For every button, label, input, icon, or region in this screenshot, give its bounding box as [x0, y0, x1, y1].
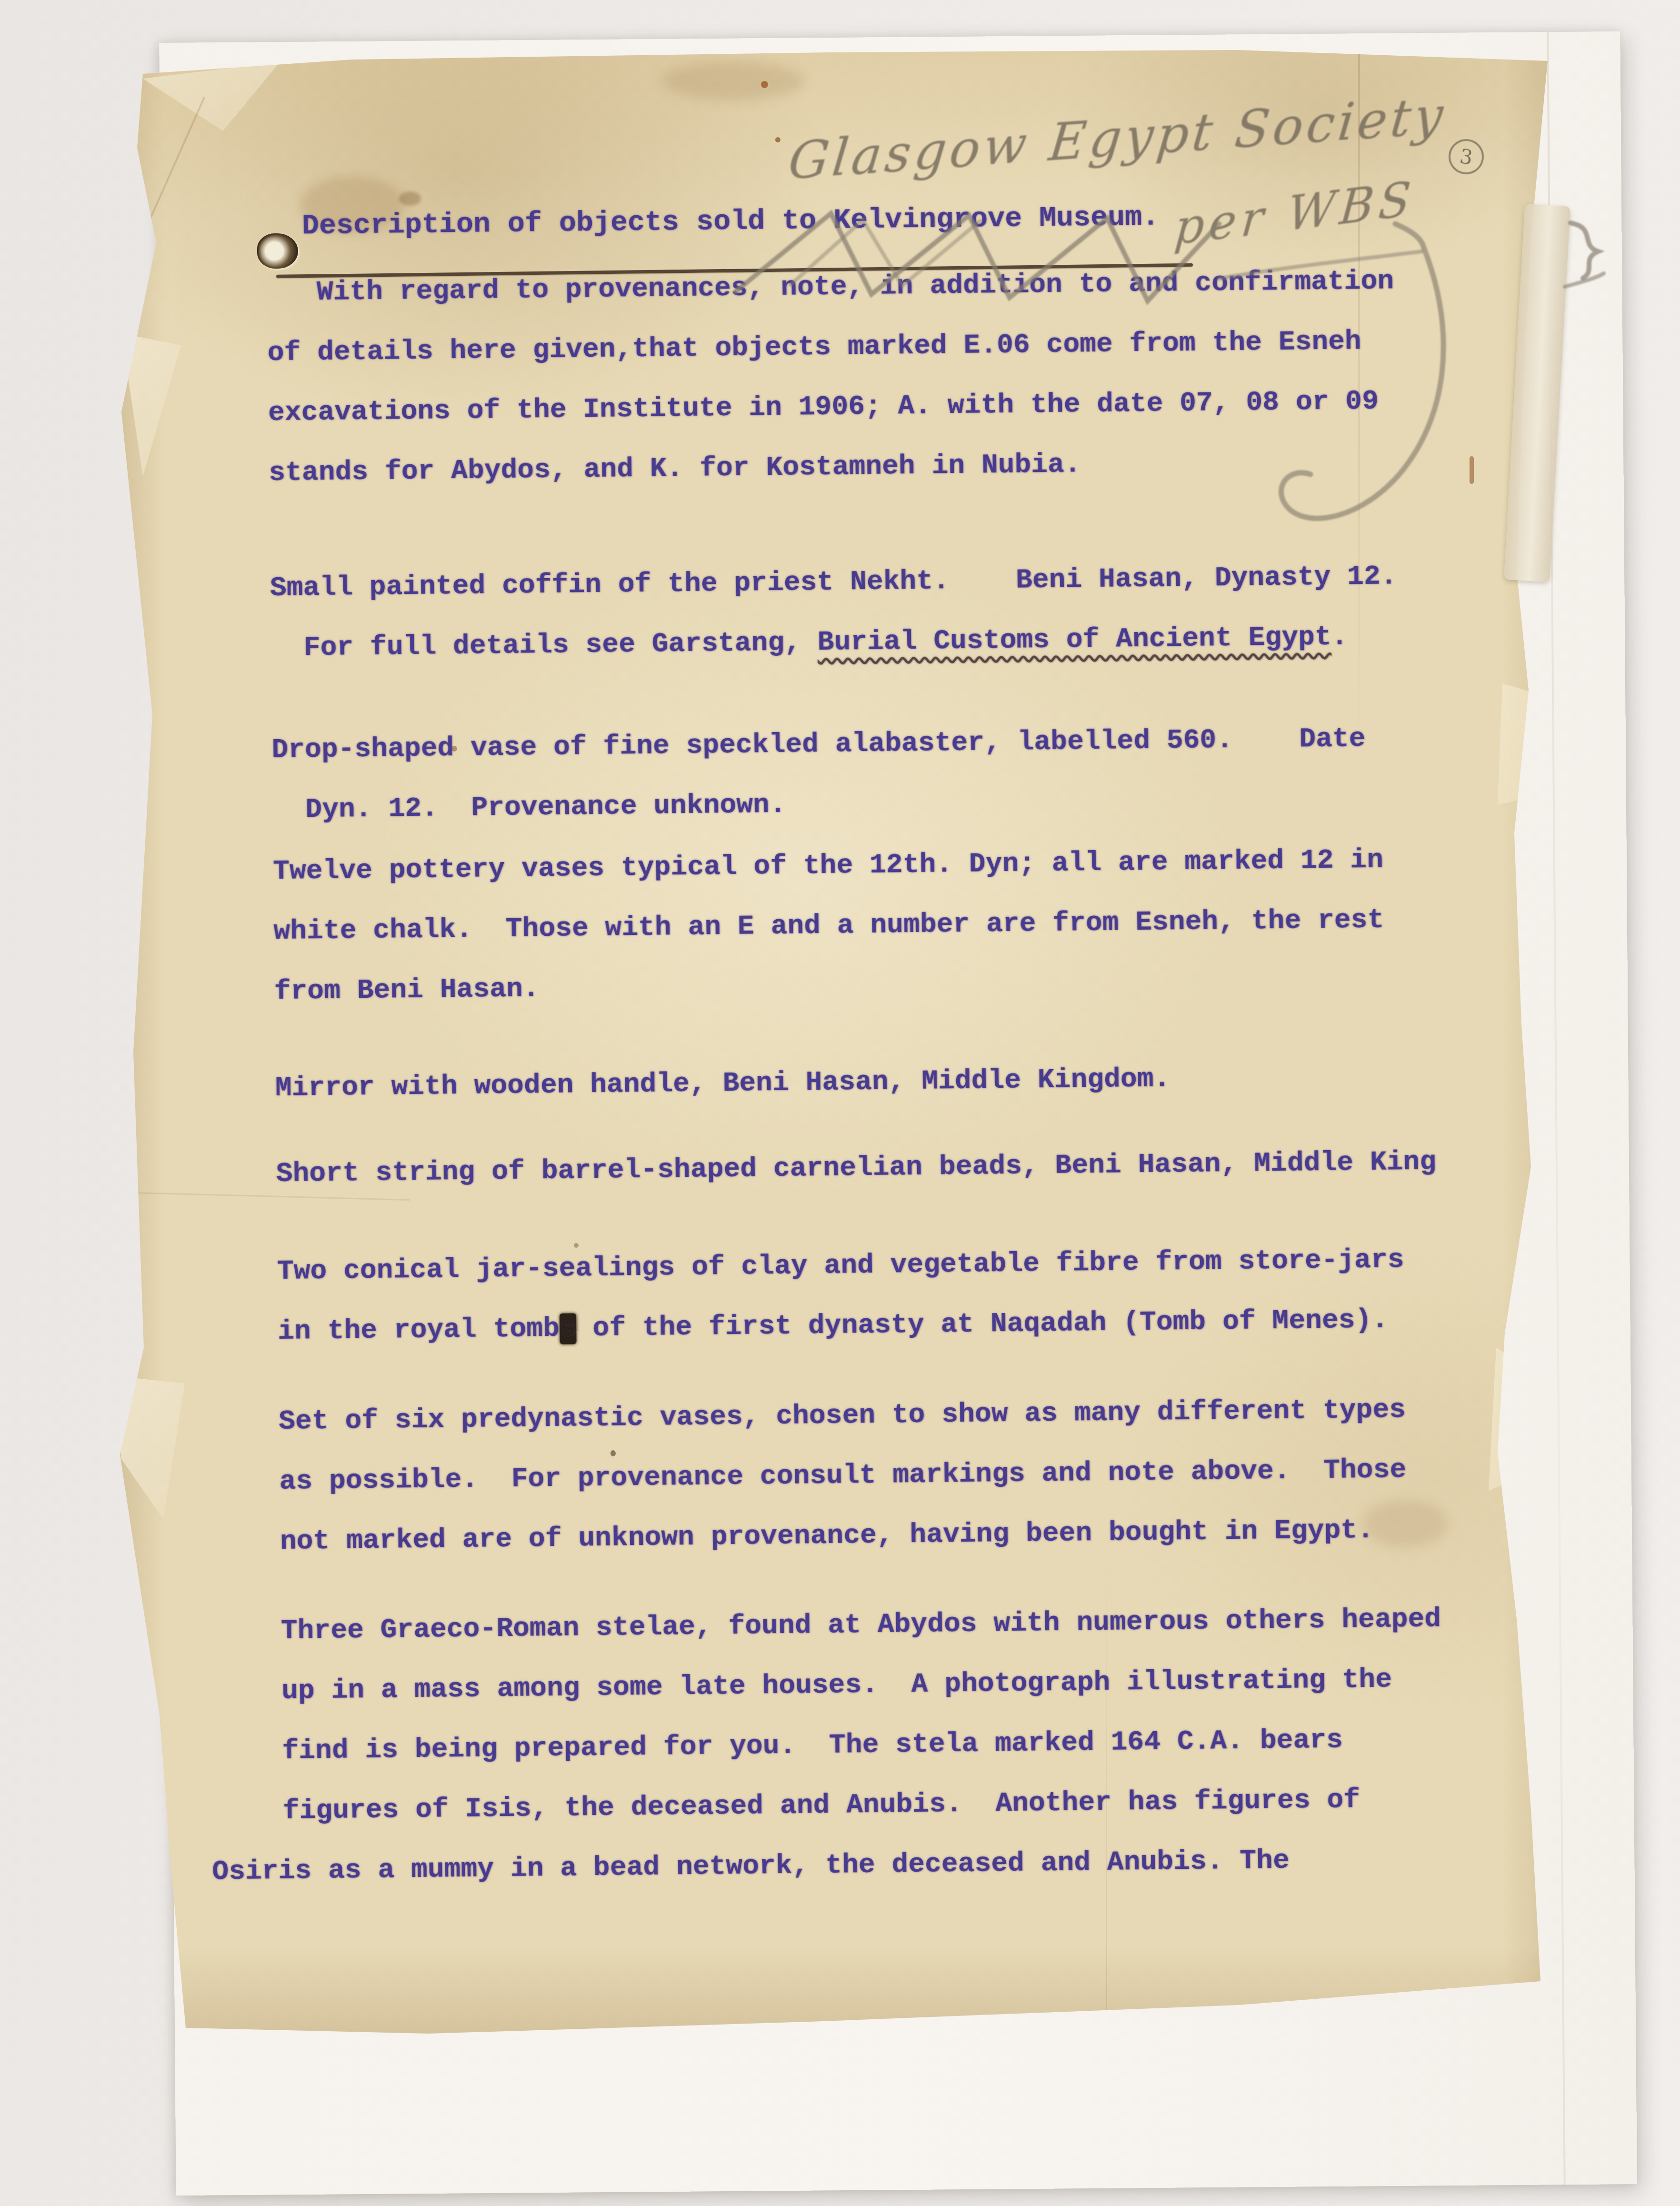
typed-line: in the royal tombs of the first dynasty … [278, 1289, 1497, 1362]
typed-segment: Set of six predynastic vases, chosen to … [279, 1394, 1406, 1437]
typed-segment: With regard to provenances, note, in add… [317, 266, 1394, 308]
typed-paragraph: Twelve pottery vases typical of the 12th… [273, 829, 1494, 1022]
typed-segment: . [1331, 622, 1348, 652]
typed-paragraph: Small painted coffin of the priest Nekht… [270, 546, 1490, 679]
typed-line: Dyn. 12. Provenance unknown. [305, 768, 1492, 840]
document-page: Description of objects sold to Kelvingro… [114, 33, 1552, 2048]
scanned-document-photo: { "annotations": { "header_line1": "Glas… [0, 0, 1680, 2206]
typed-segment: up in a mass among some late houses. A p… [281, 1665, 1392, 1707]
typed-content: Description of objects sold to Kelvingro… [112, 20, 1571, 2049]
typed-line: Short string of barrel-shaped carnelian … [276, 1132, 1495, 1204]
typed-paragraph: Mirror with wooden handle, Beni Hasan, M… [275, 1046, 1494, 1119]
typed-segment: find is being prepared for you. The stel… [282, 1725, 1343, 1767]
typed-segment: not marked are of unknown provenance, ha… [280, 1515, 1374, 1557]
typed-line: Mirror with wooden handle, Beni Hasan, M… [275, 1046, 1494, 1119]
document-body: With regard to provenances, note, in add… [267, 251, 1503, 1902]
typed-segment: Short string of barrel-shaped carnelian … [276, 1146, 1437, 1190]
typed-segment: For full details see Garstang, [304, 627, 818, 663]
typed-line: from Beni Hasan. [274, 949, 1493, 1022]
typed-paragraph: Three Graeco-Roman stelae, found at Abyd… [280, 1589, 1502, 1902]
page-number: 3 [1458, 144, 1474, 170]
typed-segment: excavations of the Institute in 1906; A.… [268, 386, 1379, 429]
typed-line: Osiris as a mummy in a bead network, the… [212, 1829, 1503, 1902]
typed-segment: Three Graeco-Roman stelae, found at Abyd… [281, 1604, 1441, 1647]
typed-line: Drop-shaped vase of fine speckled alabas… [271, 708, 1491, 781]
document-title: Description of objects sold to Kelvingro… [302, 203, 1160, 241]
typed-paragraph: With regard to provenances, note, in add… [267, 251, 1488, 503]
typed-segment: Osiris as a mummy in a bead network, the… [212, 1845, 1290, 1888]
typed-paragraph: Short string of barrel-shaped carnelian … [276, 1132, 1495, 1204]
typed-line: figures of Isis, the deceased and Anubis… [282, 1769, 1502, 1842]
typed-segment: white chalk. Those with an E and a numbe… [273, 905, 1384, 947]
typed-paragraph: Set of six predynastic vases, chosen to … [279, 1379, 1500, 1572]
typed-segment-u-wavy: Burial Customs of Ancient Egypt [817, 622, 1331, 658]
typed-segment: Twelve pottery vases typical of the 12th… [273, 845, 1384, 887]
typed-line: excavations of the Institute in 1906; A.… [268, 371, 1487, 443]
typed-segment: Drop-shaped vase of fine speckled alabas… [271, 723, 1366, 766]
typed-segment-blot: s [560, 1313, 576, 1344]
typed-line: white chalk. Those with an E and a numbe… [273, 889, 1493, 962]
typed-line: not marked are of unknown provenance, ha… [280, 1499, 1499, 1572]
typed-segment: as possible. For provenance consult mark… [279, 1454, 1406, 1497]
typed-segment: Two conical jar-sealings of clay and veg… [277, 1244, 1404, 1287]
typed-segment: in the royal tomb [278, 1314, 560, 1347]
typed-segment: Small painted coffin of the priest Nekht… [270, 561, 1397, 604]
typed-segment: of the first dynasty at Naqadah (Tomb of… [576, 1305, 1388, 1344]
typed-segment: Mirror with wooden handle, Beni Hasan, M… [275, 1063, 1170, 1104]
typed-segment: figures of Isis, the deceased and Anubis… [283, 1785, 1360, 1827]
typed-line: stands for Abydos, and K. for Kostamneh … [269, 431, 1488, 503]
typed-segment: from Beni Hasan. [274, 973, 540, 1007]
typed-line: For full details see Garstang, Burial Cu… [303, 606, 1490, 678]
typed-paragraph: Drop-shaped vase of fine speckled alabas… [271, 708, 1491, 841]
typed-segment: of details here given,that objects marke… [267, 326, 1361, 369]
typed-segment: stands for Abydos, and K. for Kostamneh … [269, 449, 1081, 489]
typed-paragraph: Two conical jar-sealings of clay and veg… [277, 1229, 1497, 1362]
typed-segment: Dyn. 12. Provenance unknown. [305, 790, 786, 826]
